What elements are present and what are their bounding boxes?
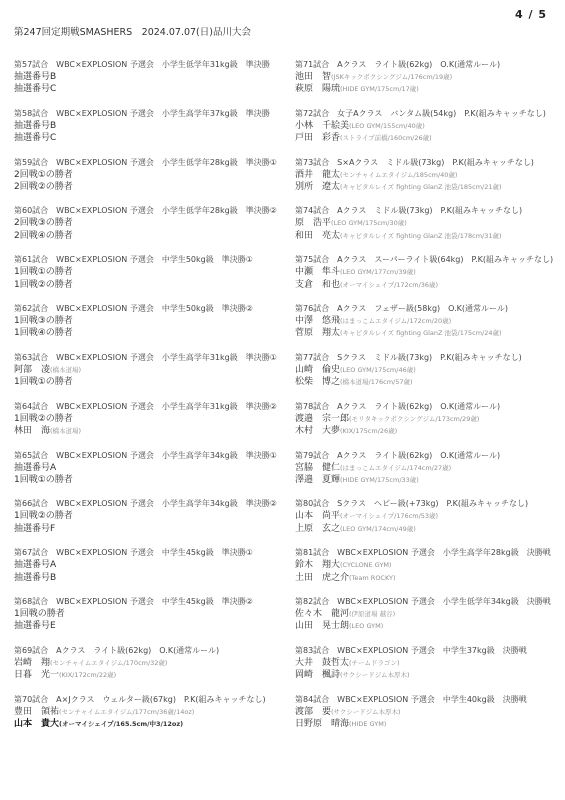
- match-heading: 第81試合 WBC×EXPLOSION 予選会 小学生高学年28kg級 決勝戦: [295, 547, 563, 559]
- fighter-name: 1回戦②の勝者: [14, 414, 73, 424]
- fighter-detail: (センチャイムエタイジム/170cm/32歳): [50, 659, 167, 667]
- match-lines: 抽選番号A1回戦①の勝者: [14, 462, 295, 487]
- match-heading: 第62試合 WBC×EXPLOSION 予選会 中学生50kg級 準決勝②: [14, 303, 295, 315]
- fighter-line: 池田 智(JSKキックボクシングジム/176cm/19歳): [295, 71, 563, 83]
- match-heading: 第68試合 WBC×EXPLOSION 予選会 中学生45kg級 準決勝②: [14, 596, 295, 608]
- fighter-name: 山田 晃士朗: [295, 621, 349, 631]
- fighter-name: 抽選番号B: [14, 121, 56, 131]
- fighter-line: 1回戦②の勝者: [14, 279, 295, 291]
- fighter-line: 1回戦②の勝者: [14, 510, 295, 522]
- fighter-name: 日暮 光一: [14, 670, 59, 680]
- fighter-line: 1回戦①の勝者: [14, 474, 295, 486]
- match-lines: 酒井 龍太(センチャイムエタイジム/185cm/40歳)別所 遼太(キャピタルレ…: [295, 169, 563, 194]
- match-lines: 岩崎 翔(センチャイムエタイジム/170cm/32歳)日暮 光一(KIX/172…: [14, 657, 295, 682]
- match-heading: 第57試合 WBC×EXPLOSION 予選会 小学生低学年31kg級 準決勝: [14, 59, 295, 71]
- fighter-line: 中瀬 隼斗(LEO GYM/177cm/39歳): [295, 266, 563, 278]
- match-heading: 第59試合 WBC×EXPLOSION 予選会 小学生低学年28kg級 準決勝①: [14, 157, 295, 169]
- match-lines: 山本 尚平(オーマイシェイプ/176cm/53歳)上原 玄之(LEO GYM/1…: [295, 510, 563, 535]
- fighter-line: 原 浩平(LEO GYM/175cm/30歳): [295, 217, 563, 229]
- match-entry: 第71試合 Aクラス ライト級(62kg) O.K(通常ルール) 池田 智(JS…: [295, 59, 563, 96]
- fighter-detail: (KIX/172cm/22歳): [59, 671, 116, 679]
- fighter-line: 佐々木 龍河(伊原道場 越谷): [295, 608, 563, 620]
- match-entry: 第64試合 WBC×EXPLOSION 予選会 小学生高学年31kg級 準決勝②…: [14, 401, 295, 438]
- fighter-name: 佐々木 龍河: [295, 609, 349, 619]
- match-heading: 第69試合 Aクラス ライト級(62kg) O.K(通常ルール): [14, 645, 295, 657]
- match-lines: 鈴木 翔大(CYCLONE GYM)土田 虎之介(Team ROCKY): [295, 559, 563, 584]
- fighter-detail: (CYCLONE GYM): [340, 561, 391, 569]
- fighter-name: 1回戦①の勝者: [14, 377, 73, 387]
- fighter-name: 鈴木 翔大: [295, 560, 340, 570]
- match-entry: 第80試合 Sクラス ヘビー級(+73kg) P.K(組みキャッチなし) 山本 …: [295, 498, 563, 535]
- fighter-name: 2回戦①の勝者: [14, 170, 73, 180]
- match-lines: 池田 智(JSKキックボクシングジム/176cm/19歳)萩原 陽琉(HIDE …: [295, 71, 563, 96]
- fighter-line: 酒井 龍太(センチャイムエタイジム/185cm/40歳): [295, 169, 563, 181]
- match-heading: 第75試合 Aクラス スーパーライト級(64kg) P.K(組みキャッチなし): [295, 254, 563, 266]
- fighter-detail: (オーマイシェイプ/176cm/53歳): [340, 512, 438, 520]
- fighter-line: 中澤 悠飛(はまっこムエタイジム/172cm/20歳): [295, 315, 563, 327]
- match-lines: 1回戦③の勝者1回戦④の勝者: [14, 315, 295, 340]
- match-lines: 中澤 悠飛(はまっこムエタイジム/172cm/20歳)菅原 翔太(キャピタルレイ…: [295, 315, 563, 340]
- fighter-detail: (センチャイムエタイジム/185cm/40歳): [340, 171, 457, 179]
- match-heading: 第79試合 Aクラス ライト級(62kg) O.K(通常ルール): [295, 450, 563, 462]
- match-heading: 第64試合 WBC×EXPLOSION 予選会 小学生高学年31kg級 準決勝②: [14, 401, 295, 413]
- match-heading: 第72試合 女子Aクラス バンタム級(54kg) P.K(組みキャッチなし): [295, 108, 563, 120]
- match-heading: 第77試合 Sクラス ミドル級(73kg) P.K(組みキャッチなし): [295, 352, 563, 364]
- fighter-line: 支倉 和也(オーマイシェイプ/172cm/36歳): [295, 279, 563, 291]
- fighter-name: 中瀬 隼斗: [295, 267, 340, 277]
- fighter-name: 土田 虎之介: [295, 573, 349, 583]
- fighter-line: 大井 鼓哲太(チームドラゴン): [295, 657, 563, 669]
- fighter-name: 上原 玄之: [295, 524, 340, 534]
- fighter-detail: (はまっこムエタイジム/172cm/20歳): [340, 317, 451, 325]
- match-entry: 第81試合 WBC×EXPLOSION 予選会 小学生高学年28kg級 決勝戦 …: [295, 547, 563, 584]
- match-heading: 第65試合 WBC×EXPLOSION 予選会 小学生高学年34kg級 準決勝①: [14, 450, 295, 462]
- match-entry: 第78試合 Aクラス ライト級(62kg) O.K(通常ルール) 渡邉 宗一郎(…: [295, 401, 563, 438]
- fighter-line: 鈴木 翔大(CYCLONE GYM): [295, 559, 563, 571]
- fighter-name: 1回戦④の勝者: [14, 328, 73, 338]
- fighter-line: 抽選番号B: [14, 120, 295, 132]
- fighter-name: 抽選番号B: [14, 573, 56, 583]
- fighter-name: 日野原 晴海: [295, 719, 349, 729]
- fighter-detail: (センチャイムエタイジム/177cm/36歳/14oz): [59, 708, 194, 716]
- match-heading: 第70試合 A×Jクラス ウェルター級(67kg) P.K(組みキャッチなし): [14, 694, 295, 706]
- match-lines: 抽選番号B抽選番号C: [14, 120, 295, 145]
- match-entry: 第61試合 WBC×EXPLOSION 予選会 中学生50kg級 準決勝① 1回…: [14, 254, 295, 291]
- match-entry: 第63試合 WBC×EXPLOSION 予選会 小学生高学年31kg級 準決勝①…: [14, 352, 295, 389]
- fighter-detail: (オーマイシェイプ/172cm/36歳): [340, 281, 438, 289]
- match-entry: 第83試合 WBC×EXPLOSION 予選会 中学生37kg級 決勝戦 大井 …: [295, 645, 563, 682]
- match-lines: 佐々木 龍河(伊原道場 越谷)山田 晃士朗(LEO GYM): [295, 608, 563, 633]
- match-lines: 1回戦の勝者抽選番号E: [14, 608, 295, 633]
- fighter-line: 日野原 晴海(HIDE GYM): [295, 718, 563, 730]
- fighter-detail: (LEO GYM): [349, 622, 383, 630]
- fighter-line: 1回戦の勝者: [14, 608, 295, 620]
- match-lines: 大井 鼓哲太(チームドラゴン)岡崎 楓詩(サクシードジム本厚木): [295, 657, 563, 682]
- fighter-name: 岡崎 楓詩: [295, 670, 340, 680]
- fighter-detail: (サクシードジム本厚木): [331, 708, 401, 716]
- fighter-line: 2回戦②の勝者: [14, 181, 295, 193]
- fighter-line: 抽選番号C: [14, 132, 295, 144]
- fighter-name: 松柴 博之: [295, 377, 340, 387]
- match-heading: 第63試合 WBC×EXPLOSION 予選会 小学生高学年31kg級 準決勝①: [14, 352, 295, 364]
- match-entry: 第68試合 WBC×EXPLOSION 予選会 中学生45kg級 準決勝② 1回…: [14, 596, 295, 633]
- fighter-name: 池田 智: [295, 72, 331, 82]
- fighter-name: 抽選番号B: [14, 72, 56, 82]
- fighter-detail: (KIX/175cm/26歳): [340, 427, 397, 435]
- fighter-line: 1回戦①の勝者: [14, 376, 295, 388]
- match-lines: 抽選番号B抽選番号C: [14, 71, 295, 96]
- match-entry: 第76試合 Aクラス フェザー級(58kg) O.K(通常ルール) 中澤 悠飛(…: [295, 303, 563, 340]
- match-heading: 第71試合 Aクラス ライト級(62kg) O.K(通常ルール): [295, 59, 563, 71]
- fighter-line: 2回戦①の勝者: [14, 169, 295, 181]
- fighter-line: 土田 虎之介(Team ROCKY): [295, 572, 563, 584]
- match-entry: 第62試合 WBC×EXPLOSION 予選会 中学生50kg級 準決勝② 1回…: [14, 303, 295, 340]
- fighter-line: 抽選番号E: [14, 620, 295, 632]
- fighter-line: 2回戦③の勝者: [14, 217, 295, 229]
- fighter-name: 原 浩平: [295, 218, 331, 228]
- match-heading: 第84試合 WBC×EXPLOSION 予選会 中学生40kg級 決勝戦: [295, 694, 563, 706]
- fighter-line: 戸田 彩香(ストライプ前橋/160cm/26歳): [295, 132, 563, 144]
- match-entry: 第84試合 WBC×EXPLOSION 予選会 中学生40kg級 決勝戦 渡部 …: [295, 694, 563, 731]
- match-entry: 第66試合 WBC×EXPLOSION 予選会 小学生高学年34kg級 準決勝②…: [14, 498, 295, 535]
- fighter-detail: (LEO GYM/177cm/39歳): [340, 268, 416, 276]
- fighter-line: 萩原 陽琉(HIDE GYM/175cm/17歳): [295, 83, 563, 95]
- fighter-line: 林田 海(橋本道場): [14, 425, 295, 437]
- fighter-name: 抽選番号E: [14, 621, 56, 631]
- fighter-name: 岩崎 翔: [14, 658, 50, 668]
- fighter-name: 中澤 悠飛: [295, 316, 340, 326]
- fighter-name: 山崎 倫史: [295, 365, 340, 375]
- match-lines: 1回戦②の勝者林田 海(橋本道場): [14, 413, 295, 438]
- match-heading: 第76試合 Aクラス フェザー級(58kg) O.K(通常ルール): [295, 303, 563, 315]
- fighter-line: 宮脇 健仁(はまっこムエタイジム/174cm/27歳): [295, 462, 563, 474]
- fighter-line: 阿部 凌(橋本道場): [14, 364, 295, 376]
- fighter-detail: (LEO GYM/175cm/46歳): [340, 366, 416, 374]
- fighter-name: 2回戦②の勝者: [14, 182, 73, 192]
- match-lines: 渡部 要(サクシードジム本厚木)日野原 晴海(HIDE GYM): [295, 706, 563, 731]
- fighter-detail: (LEO GYM/155cm/40歳): [349, 122, 425, 130]
- match-entry: 第69試合 Aクラス ライト級(62kg) O.K(通常ルール) 岩崎 翔(セン…: [14, 645, 295, 682]
- fighter-detail: (HIDE GYM/175cm/33歳): [340, 476, 419, 484]
- match-entry: 第65試合 WBC×EXPLOSION 予選会 小学生高学年34kg級 準決勝①…: [14, 450, 295, 487]
- fighter-name: 戸田 彩香: [295, 133, 340, 143]
- fighter-detail: (Team ROCKY): [349, 574, 396, 582]
- match-entry: 第59試合 WBC×EXPLOSION 予選会 小学生低学年28kg級 準決勝①…: [14, 157, 295, 194]
- match-list: 第57試合 WBC×EXPLOSION 予選会 小学生低学年31kg級 準決勝 …: [14, 59, 563, 742]
- fighter-detail: (サクシードジム本厚木): [340, 671, 410, 679]
- match-entry: 第77試合 Sクラス ミドル級(73kg) P.K(組みキャッチなし) 山崎 倫…: [295, 352, 563, 389]
- match-heading: 第82試合 WBC×EXPLOSION 予選会 小学生低学年34kg級 決勝戦: [295, 596, 563, 608]
- match-heading: 第67試合 WBC×EXPLOSION 予選会 中学生45kg級 準決勝①: [14, 547, 295, 559]
- fighter-name: 山本 貴大: [14, 719, 59, 729]
- match-heading: 第58試合 WBC×EXPLOSION 予選会 小学生高学年37kg級 準決勝: [14, 108, 295, 120]
- fighter-line: 1回戦①の勝者: [14, 266, 295, 278]
- fighter-detail: (橋本道場): [50, 427, 81, 435]
- fighter-name: 渡部 要: [295, 707, 331, 717]
- fighter-name: 豊田 領祐: [14, 707, 59, 717]
- fighter-name: 1回戦②の勝者: [14, 280, 73, 290]
- fighter-name: 支倉 和也: [295, 280, 340, 290]
- match-lines: 渡邉 宗一郎(モリタキックボクシングジム/173cm/29歳)木村 大夢(KIX…: [295, 413, 563, 438]
- match-lines: 山崎 倫史(LEO GYM/175cm/46歳)松柴 博之(橋本道場/176cm…: [295, 364, 563, 389]
- fighter-detail: (はまっこムエタイジム/174cm/27歳): [340, 464, 451, 472]
- fighter-line: 抽選番号A: [14, 559, 295, 571]
- fighter-detail: (LEO GYM/174cm/49歳): [340, 525, 416, 533]
- fighter-line: 上原 玄之(LEO GYM/174cm/49歳): [295, 523, 563, 535]
- match-lines: 1回戦①の勝者1回戦②の勝者: [14, 266, 295, 291]
- fighter-line: 抽選番号B: [14, 71, 295, 83]
- fighter-line: 山崎 倫史(LEO GYM/175cm/46歳): [295, 364, 563, 376]
- fighter-line: 1回戦②の勝者: [14, 413, 295, 425]
- page-number: 4 / 5: [515, 8, 547, 21]
- fighter-line: 澤邉 夏輝(HIDE GYM/175cm/33歳): [295, 474, 563, 486]
- fighter-line: 1回戦③の勝者: [14, 315, 295, 327]
- fighter-detail: (オーマイシェイプ/165.5cm/中3/12oz): [59, 720, 183, 728]
- fighter-line: 渡邉 宗一郎(モリタキックボクシングジム/173cm/29歳): [295, 413, 563, 425]
- fighter-name: 木村 大夢: [295, 426, 340, 436]
- match-lines: 2回戦③の勝者2回戦④の勝者: [14, 217, 295, 242]
- fighter-detail: (LEO GYM/175cm/30歳): [331, 219, 407, 227]
- fighter-detail: (キャピタルレイズ fighting GlanZ 池袋/178cm/31歳): [340, 232, 502, 240]
- fighter-name: 和田 亮太: [295, 231, 340, 241]
- match-column-left: 第57試合 WBC×EXPLOSION 予選会 小学生低学年31kg級 準決勝 …: [14, 59, 295, 742]
- fighter-line: 抽選番号F: [14, 523, 295, 535]
- match-entry: 第73試合 S×Aクラス ミドル級(73kg) P.K(組みキャッチなし) 酒井…: [295, 157, 563, 194]
- fighter-detail: (モリタキックボクシングジム/173cm/29歳): [349, 415, 479, 423]
- fighter-name: 抽選番号C: [14, 133, 56, 143]
- fighter-name: 萩原 陽琉: [295, 84, 340, 94]
- match-entry: 第57試合 WBC×EXPLOSION 予選会 小学生低学年31kg級 準決勝 …: [14, 59, 295, 96]
- match-entry: 第74試合 Aクラス ミドル級(73kg) P.K(組みキャッチなし) 原 浩平…: [295, 205, 563, 242]
- match-lines: 阿部 凌(橋本道場)1回戦①の勝者: [14, 364, 295, 389]
- fighter-line: 日暮 光一(KIX/172cm/22歳): [14, 669, 295, 681]
- fighter-line: 別所 遼太(キャピタルレイズ fighting GlanZ 池袋/185cm/2…: [295, 181, 563, 193]
- fighter-line: 抽選番号A: [14, 462, 295, 474]
- match-lines: 豊田 領祐(センチャイムエタイジム/177cm/36歳/14oz)山本 貴大(オ…: [14, 706, 295, 731]
- fighter-name: 林田 海: [14, 426, 50, 436]
- fighter-name: 澤邉 夏輝: [295, 475, 340, 485]
- match-heading: 第61試合 WBC×EXPLOSION 予選会 中学生50kg級 準決勝①: [14, 254, 295, 266]
- fighter-detail: (橋本道場/176cm/57歳): [340, 378, 413, 386]
- fighter-line: 菅原 翔太(キャピタルレイズ fighting GlanZ 池袋/175cm/2…: [295, 327, 563, 339]
- fighter-name: 抽選番号A: [14, 560, 56, 570]
- fighter-detail: (JSKキックボクシングジム/176cm/19歳): [331, 73, 452, 81]
- fighter-line: 岡崎 楓詩(サクシードジム本厚木): [295, 669, 563, 681]
- match-lines: 抽選番号A抽選番号B: [14, 559, 295, 584]
- fighter-name: 酒井 龍太: [295, 170, 340, 180]
- match-entry: 第70試合 A×Jクラス ウェルター級(67kg) P.K(組みキャッチなし) …: [14, 694, 295, 731]
- fighter-name: 抽選番号F: [14, 524, 55, 534]
- fighter-name: 1回戦③の勝者: [14, 316, 73, 326]
- match-heading: 第73試合 S×Aクラス ミドル級(73kg) P.K(組みキャッチなし): [295, 157, 563, 169]
- match-lines: 中瀬 隼斗(LEO GYM/177cm/39歳)支倉 和也(オーマイシェイプ/1…: [295, 266, 563, 291]
- match-entry: 第60試合 WBC×EXPLOSION 予選会 小学生低学年28kg級 準決勝②…: [14, 205, 295, 242]
- match-heading: 第83試合 WBC×EXPLOSION 予選会 中学生37kg級 決勝戦: [295, 645, 563, 657]
- fighter-line: 1回戦④の勝者: [14, 327, 295, 339]
- match-entry: 第79試合 Aクラス ライト級(62kg) O.K(通常ルール) 宮脇 健仁(は…: [295, 450, 563, 487]
- match-entry: 第67試合 WBC×EXPLOSION 予選会 中学生45kg級 準決勝① 抽選…: [14, 547, 295, 584]
- fighter-detail: (伊原道場 越谷): [349, 610, 395, 618]
- fighter-name: 宮脇 健仁: [295, 463, 340, 473]
- fighter-detail: (HIDE GYM): [349, 720, 386, 728]
- match-heading: 第78試合 Aクラス ライト級(62kg) O.K(通常ルール): [295, 401, 563, 413]
- match-heading: 第60試合 WBC×EXPLOSION 予選会 小学生低学年28kg級 準決勝②: [14, 205, 295, 217]
- fighter-name: 山本 尚平: [295, 511, 340, 521]
- fighter-detail: (キャピタルレイズ fighting GlanZ 池袋/175cm/24歳): [340, 329, 502, 337]
- fighter-name: 2回戦③の勝者: [14, 218, 73, 228]
- fighter-name: 1回戦①の勝者: [14, 475, 73, 485]
- fighter-line: 和田 亮太(キャピタルレイズ fighting GlanZ 池袋/178cm/3…: [295, 230, 563, 242]
- fighter-detail: (チームドラゴン): [349, 659, 400, 667]
- fighter-name: 菅原 翔太: [295, 328, 340, 338]
- fighter-name: 別所 遼太: [295, 182, 340, 192]
- document-page: 4 / 5 第247回定期戦SMASHERS 2024.07.07(日)品川大会…: [0, 0, 565, 800]
- fighter-detail: (ストライプ前橋/160cm/26歳): [340, 134, 432, 142]
- fighter-line: 岩崎 翔(センチャイムエタイジム/170cm/32歳): [14, 657, 295, 669]
- fighter-line: 小林 千絵美(LEO GYM/155cm/40歳): [295, 120, 563, 132]
- match-entry: 第72試合 女子Aクラス バンタム級(54kg) P.K(組みキャッチなし) 小…: [295, 108, 563, 145]
- fighter-name: 1回戦②の勝者: [14, 511, 73, 521]
- fighter-name: 2回戦④の勝者: [14, 231, 73, 241]
- match-lines: 小林 千絵美(LEO GYM/155cm/40歳)戸田 彩香(ストライプ前橋/1…: [295, 120, 563, 145]
- fighter-line: 松柴 博之(橋本道場/176cm/57歳): [295, 376, 563, 388]
- fighter-line: 山田 晃士朗(LEO GYM): [295, 620, 563, 632]
- fighter-line: 木村 大夢(KIX/175cm/26歳): [295, 425, 563, 437]
- fighter-detail: (橋本道場): [50, 366, 81, 374]
- fighter-detail: (HIDE GYM/175cm/17歳): [340, 85, 419, 93]
- fighter-name: 小林 千絵美: [295, 121, 349, 131]
- match-entry: 第82試合 WBC×EXPLOSION 予選会 小学生低学年34kg級 決勝戦 …: [295, 596, 563, 633]
- fighter-line: 渡部 要(サクシードジム本厚木): [295, 706, 563, 718]
- match-heading: 第74試合 Aクラス ミドル級(73kg) P.K(組みキャッチなし): [295, 205, 563, 217]
- match-lines: 原 浩平(LEO GYM/175cm/30歳)和田 亮太(キャピタルレイズ fi…: [295, 217, 563, 242]
- fighter-line: 抽選番号C: [14, 83, 295, 95]
- fighter-name: 1回戦①の勝者: [14, 267, 73, 277]
- fighter-line: 2回戦④の勝者: [14, 230, 295, 242]
- doc-title: 第247回定期戦SMASHERS 2024.07.07(日)品川大会: [14, 24, 251, 38]
- match-lines: 1回戦②の勝者抽選番号F: [14, 510, 295, 535]
- match-heading: 第66試合 WBC×EXPLOSION 予選会 小学生高学年34kg級 準決勝②: [14, 498, 295, 510]
- fighter-line: 抽選番号B: [14, 572, 295, 584]
- fighter-name: 抽選番号A: [14, 463, 56, 473]
- fighter-line: 山本 貴大(オーマイシェイプ/165.5cm/中3/12oz): [14, 718, 295, 730]
- fighter-detail: (キャピタルレイズ fighting GlanZ 池袋/185cm/21歳): [340, 183, 502, 191]
- match-lines: 宮脇 健仁(はまっこムエタイジム/174cm/27歳)澤邉 夏輝(HIDE GY…: [295, 462, 563, 487]
- match-entry: 第58試合 WBC×EXPLOSION 予選会 小学生高学年37kg級 準決勝 …: [14, 108, 295, 145]
- fighter-name: 大井 鼓哲太: [295, 658, 349, 668]
- match-column-right: 第71試合 Aクラス ライト級(62kg) O.K(通常ルール) 池田 智(JS…: [295, 59, 563, 742]
- match-heading: 第80試合 Sクラス ヘビー級(+73kg) P.K(組みキャッチなし): [295, 498, 563, 510]
- fighter-name: 1回戦の勝者: [14, 609, 65, 619]
- fighter-name: 抽選番号C: [14, 84, 56, 94]
- match-lines: 2回戦①の勝者2回戦②の勝者: [14, 169, 295, 194]
- fighter-line: 山本 尚平(オーマイシェイプ/176cm/53歳): [295, 510, 563, 522]
- fighter-name: 渡邉 宗一郎: [295, 414, 349, 424]
- match-entry: 第75試合 Aクラス スーパーライト級(64kg) P.K(組みキャッチなし) …: [295, 254, 563, 291]
- fighter-name: 阿部 凌: [14, 365, 50, 375]
- fighter-line: 豊田 領祐(センチャイムエタイジム/177cm/36歳/14oz): [14, 706, 295, 718]
